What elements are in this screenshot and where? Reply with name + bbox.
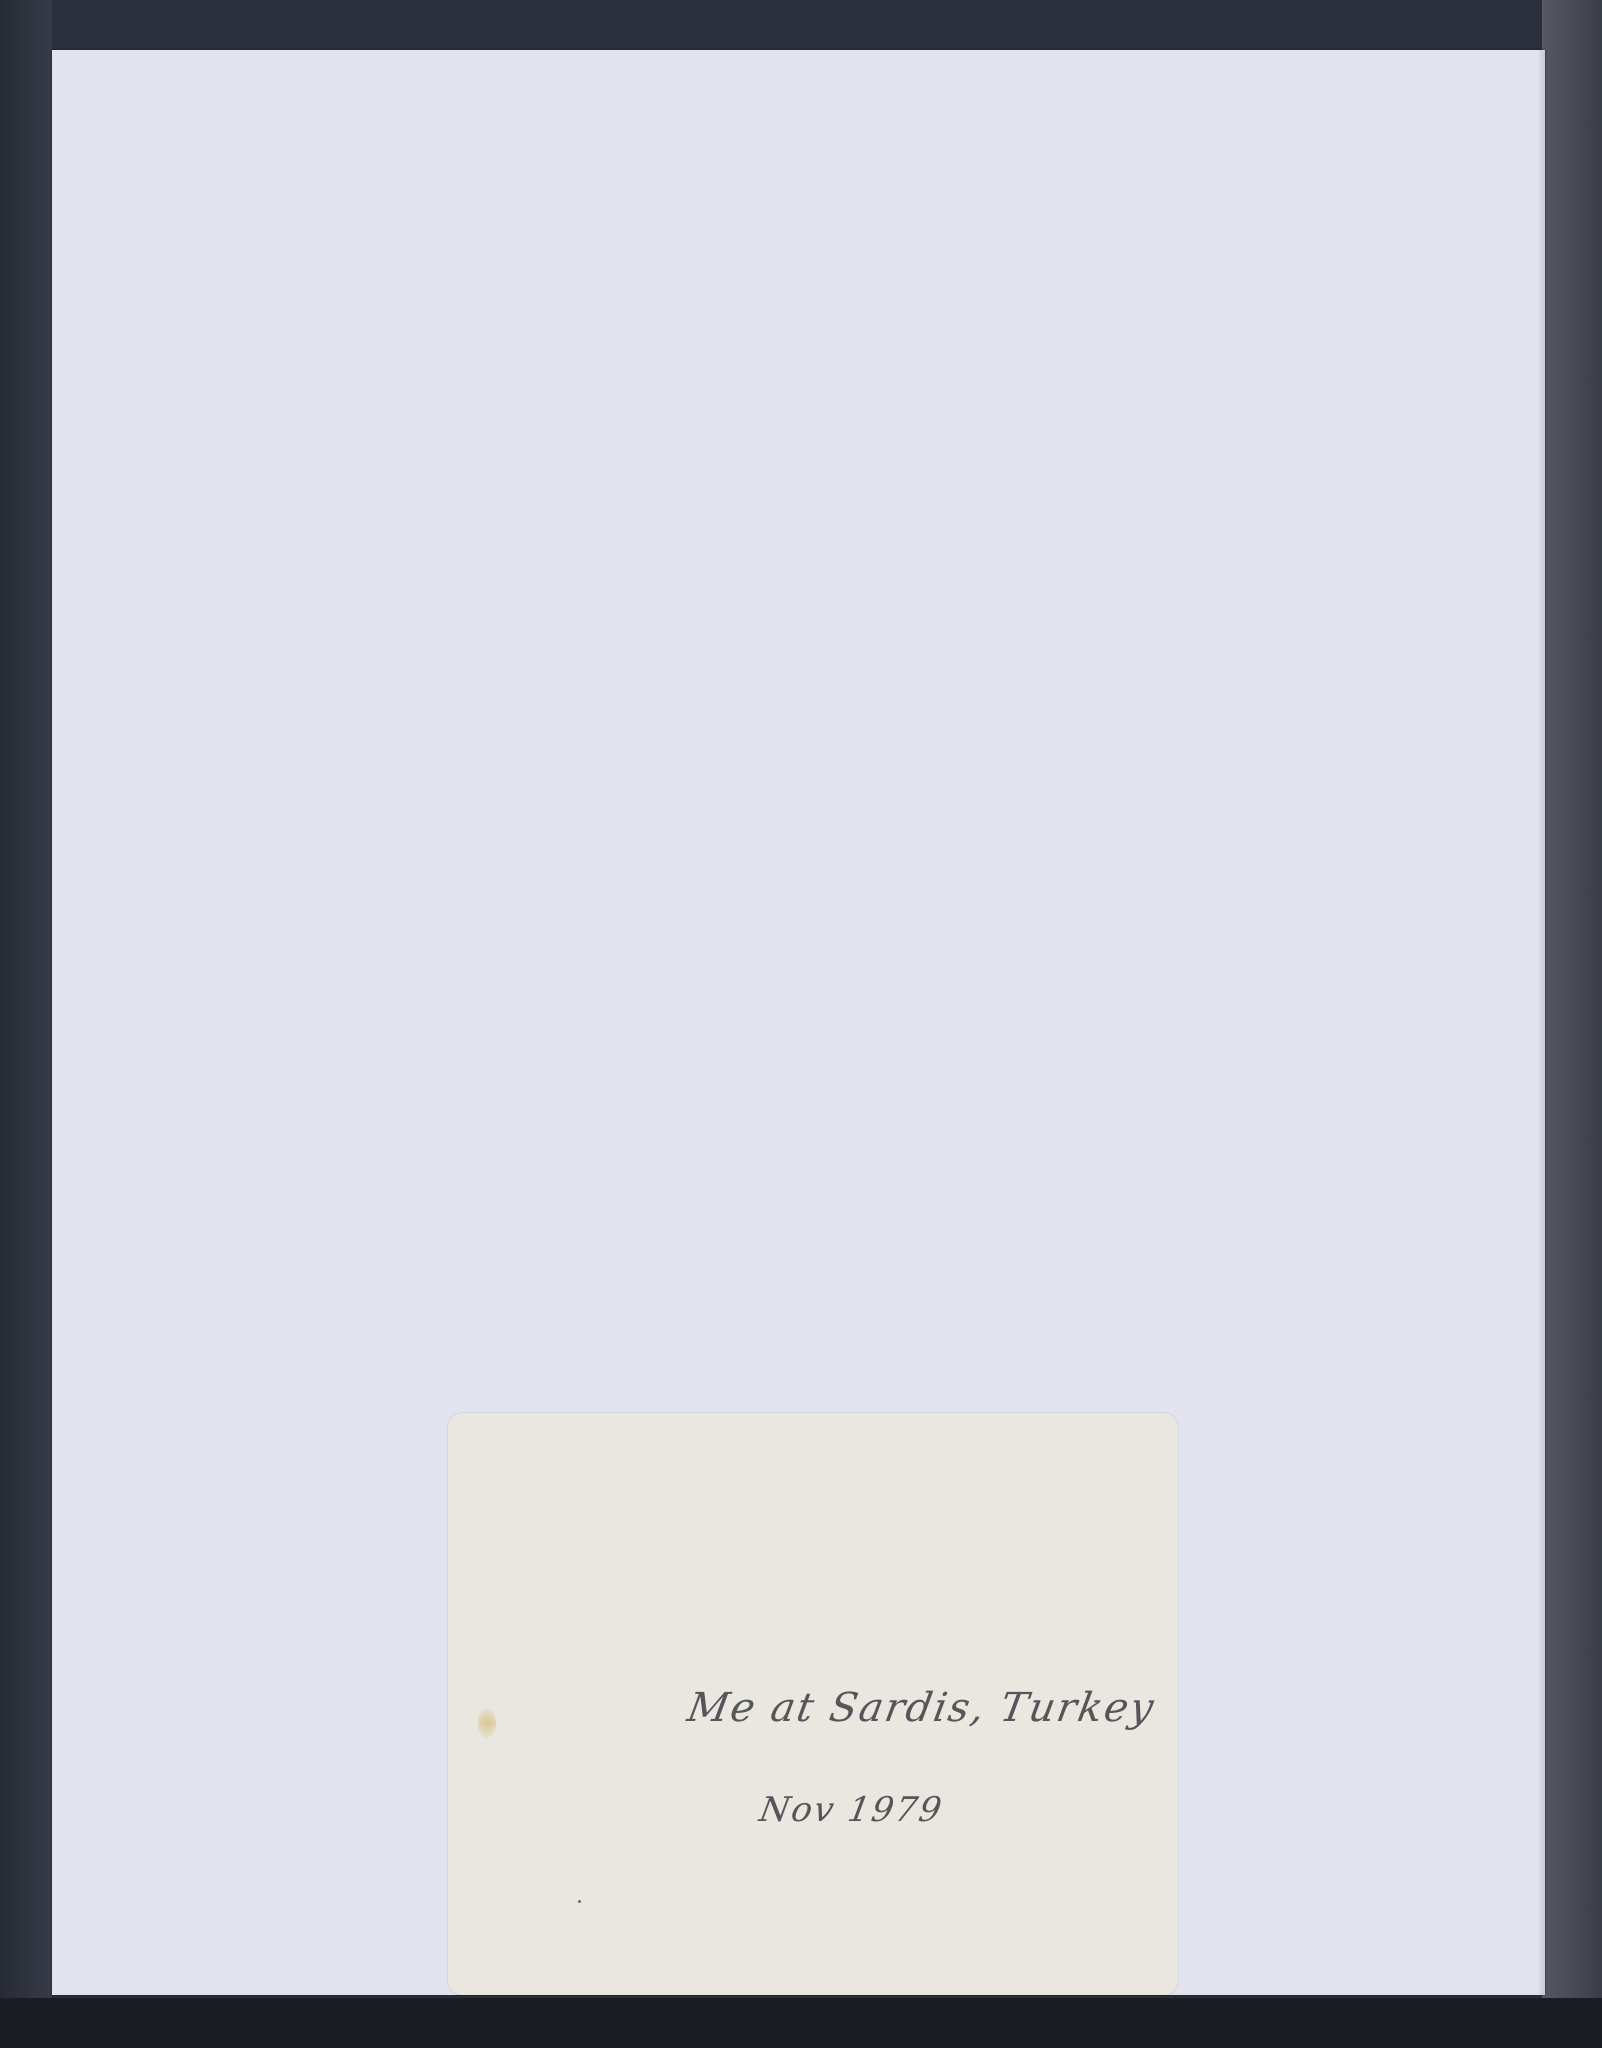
caption-line-location: Me at Sardis, Turkey [684, 1685, 1159, 1731]
page-edge [1539, 50, 1545, 1995]
stain-mark [478, 1708, 496, 1738]
note-card: Me at Sardis, Turkey Nov 1979 [448, 1413, 1178, 1995]
scanner-backdrop-right [1542, 0, 1602, 2048]
scanner-backdrop-left [0, 0, 52, 2048]
speck-mark [578, 1900, 581, 1903]
blank-page: Me at Sardis, Turkey Nov 1979 [52, 50, 1545, 1995]
scanner-backdrop-bottom [0, 1998, 1602, 2048]
caption-line-date: Nov 1979 [756, 1790, 946, 1830]
